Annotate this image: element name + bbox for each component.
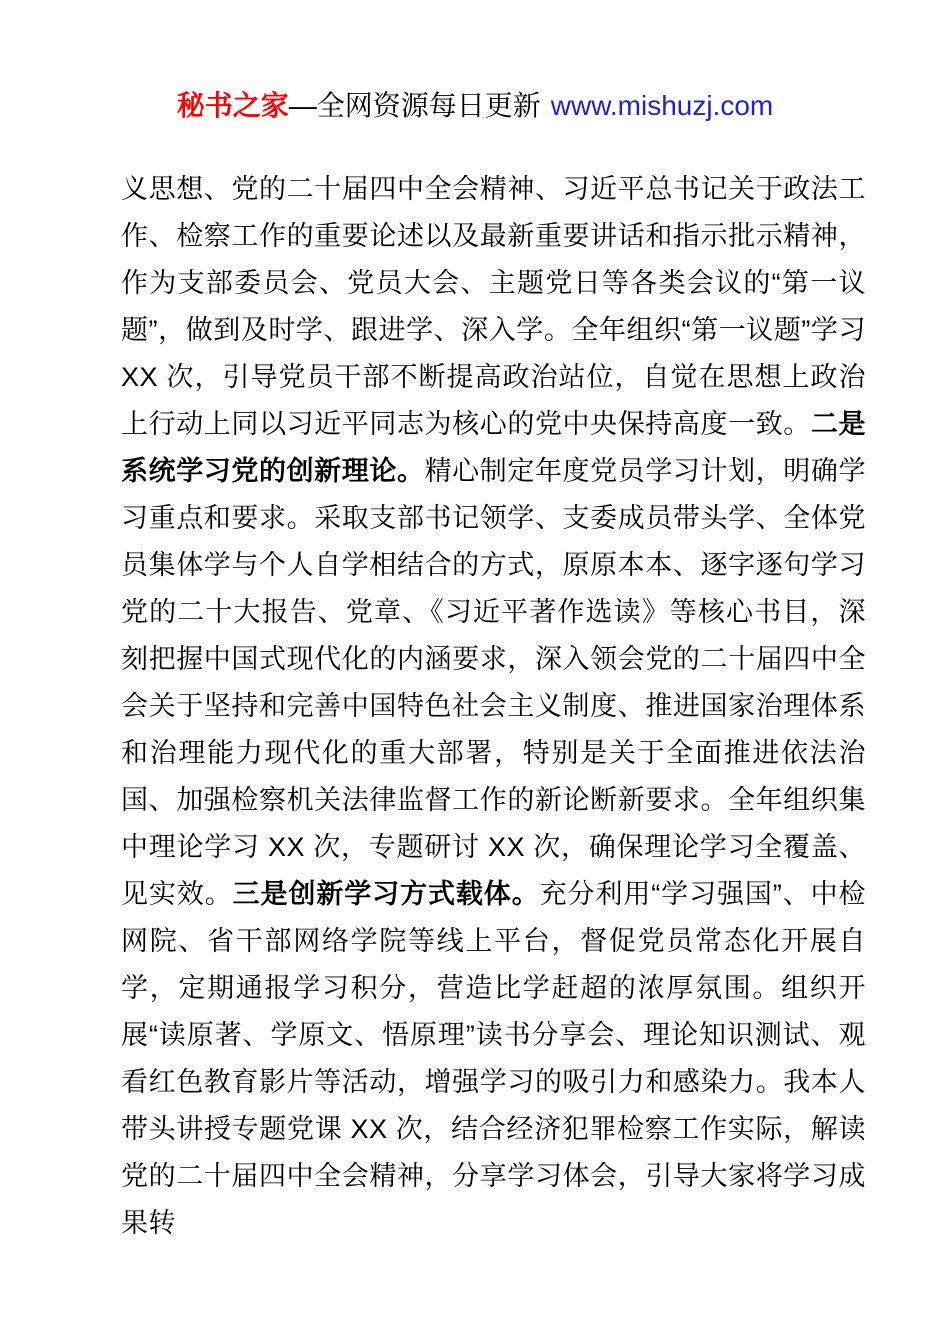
body-segment: 充分利用“学习强国”、中检网院、省干部网络学院等线上平台，督促党员常态化开展自学… — [121, 879, 866, 1238]
body-segment: 精心制定年度党员学习计划，明确学习重点和要求。采取支部书记领学、支委成员带头学、… — [121, 456, 866, 909]
site-brand: 秘书之家 — [177, 90, 289, 121]
body-segment: 义思想、党的二十届四中全会精神、习近平总书记关于政法工作、检察工作的重要论述以及… — [121, 174, 866, 439]
site-header: 秘书之家—全网资源每日更新www.mishuzj.com — [0, 86, 950, 126]
document-body-text: 义思想、党的二十届四中全会精神、习近平总书记关于政法工作、检察工作的重要论述以及… — [121, 166, 866, 1247]
site-tagline: 全网资源每日更新 — [317, 90, 541, 121]
document-page: 秘书之家—全网资源每日更新www.mishuzj.com 义思想、党的二十届四中… — [0, 0, 950, 1344]
body-segment-heading: 三是创新学习方式载体。 — [233, 879, 540, 909]
site-url-link[interactable]: www.mishuzj.com — [551, 90, 773, 121]
header-separator: — — [289, 90, 317, 121]
